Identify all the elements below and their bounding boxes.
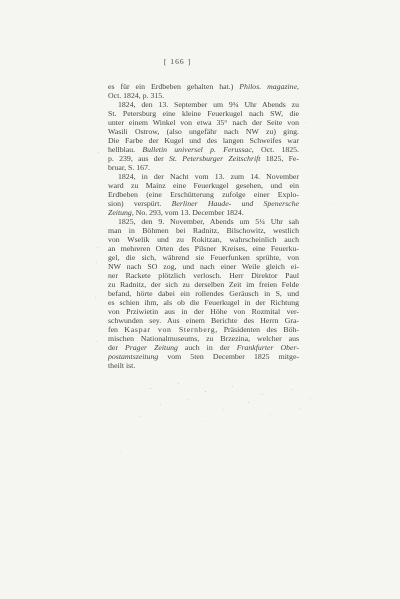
text-segment: 1824, in der Nacht vom 13. zum 14. Novem… [118,172,299,181]
text-segment: , Oct. 1825. [252,145,299,154]
text-segment: der [108,343,125,352]
scan-noise [0,0,1,1]
scanned-page: [ 166 ] es für ein Erdbeben gehalten hat… [0,0,400,599]
text-segment: zu Radnitz, der sich zu derselben Zeit i… [108,280,299,289]
text-line: unter einem Winkel von etwa 35° nach der… [108,118,299,127]
text-line: Erdbeben (eine Erschütterung zufolge ein… [108,190,299,199]
text-line: Wasili Ostrow, (also ungefähr nach NW zu… [108,127,299,136]
text-segment: 1825, den 9. November, Abends um 5¼ Uhr … [118,217,299,226]
text-column: [ 166 ] es für ein Erdbeben gehalten hat… [108,57,299,370]
text-line: der Prager Zeitung auch in der Frankfurt… [108,343,299,352]
text-line: p. 239, aus der St. Petersburger Zeitsch… [108,154,299,163]
text-line: St. Petersburg eine kleine Feuerkugel na… [108,109,299,118]
citation-italic: Frankfurter Ober- [237,343,299,352]
text-line: befand, hörte dabei ein rollendes Geräus… [108,289,299,298]
text-segment: Die Farbe der Kugel und des langen Schwe… [108,136,299,145]
text-line: Oct. 1824, p. 315. [108,91,299,100]
text-segment: befand, hörte dabei ein rollendes Geräus… [108,289,299,298]
text-line: ner Rackete plötzlich verlosch. Herr Dir… [108,271,299,280]
text-line: bruar, S. 167. [108,163,299,172]
text-line: von Prziwietin aus in der Höhe von Rozmi… [108,307,299,316]
text-line: 1824, in der Nacht vom 13. zum 14. Novem… [108,172,299,181]
text-line: Die Farbe der Kugel und des langen Schwe… [108,136,299,145]
citation-italic: Prager Zeitung [125,343,178,352]
text-line: theilt ist. [108,361,299,370]
spaced-name: Kaspar von Sternberg [124,325,215,334]
text-segment: fen [108,325,124,334]
text-segment: es schien ihm, als ob die Feuerkugel in … [108,298,299,307]
text-segment: Wasili Ostrow, (also ungefähr nach NW zu… [108,127,299,136]
citation-italic: St. Petersburger Zeitschrift [169,154,261,163]
citation-italic: Bulletin universel p. Ferussac [142,145,251,154]
text-line: 1825, den 9. November, Abends um 5¼ Uhr … [108,217,299,226]
text-segment: , [297,82,299,91]
text-segment: 1824, den 13. September um 9¾ Uhr Abends… [118,100,299,109]
text-line: von Wselik und zu Rokitzan, wahrscheinli… [108,235,299,244]
text-line: man in Böhmen bei Radnitz, Bilschowitz, … [108,226,299,235]
text-line: postamtszeitung vom 5ten December 1825 m… [108,352,299,361]
text-line: es für ein Erdbeben gehalten hat.) Philo… [108,82,299,91]
page-number-header: [ 166 ] [82,57,273,66]
text-segment: , No. 293, vom 13. December 1824. [132,208,244,217]
text-segment: unter einem Winkel von etwa 35° nach der… [108,118,299,127]
citation-italic: Zeitung [108,208,132,217]
text-segment: schwunden sey. Aus einem Berichte des He… [108,316,299,325]
text-segment: vom 5ten December 1825 mitge- [158,352,299,361]
text-segment: an mehreren Orten des Pilsner Kreises, e… [108,244,299,253]
text-segment: St. Petersburg eine kleine Feuerkugel na… [108,109,299,118]
text-segment: es für ein Erdbeben gehalten hat.) [108,82,239,91]
text-segment: ward zu Mainz eine Feuerkugel gesehen, u… [108,181,299,190]
text-line: Zeitung, No. 293, vom 13. December 1824. [108,208,299,217]
text-segment: hellblau. [108,145,142,154]
text-segment: sion) verspürt. [108,199,172,208]
text-line: hellblau. Bulletin universel p. Ferussac… [108,145,299,154]
text-segment: Erdbeben (eine Erschütterung zufolge ein… [108,190,299,199]
text-line: gel, die sich, während sie Feuerfunken s… [108,253,299,262]
text-segment: 1825, Fe- [260,154,299,163]
text-segment: auch in der [178,343,237,352]
text-segment: man in Böhmen bei Radnitz, Bilschowitz, … [108,226,299,235]
text-segment: , Präsidenten des Böh- [215,325,299,334]
text-segment: von Prziwietin aus in der Höhe von Rozmi… [108,307,299,316]
text-line: 1824, den 13. September um 9¾ Uhr Abends… [108,100,299,109]
text-segment: NW nach SO zog, und nach einer Weile gle… [108,262,299,271]
text-segment: p. 239, aus der [108,154,169,163]
text-line: ward zu Mainz eine Feuerkugel gesehen, u… [108,181,299,190]
text-line: sion) verspürt. Berliner Haude- und Spen… [108,199,299,208]
body-text: es für ein Erdbeben gehalten hat.) Philo… [108,82,299,370]
text-segment: mischen Nationalmuseums, zu Brzezina, we… [108,334,299,343]
text-segment: ner Rackete plötzlich verlosch. Herr Dir… [108,271,299,280]
citation-italic: postamtszeitung [108,352,158,361]
text-line: mischen Nationalmuseums, zu Brzezina, we… [108,334,299,343]
citation-italic: Berliner Haude- und Spenersche [172,199,299,208]
text-segment: von Wselik und zu Rokitzan, wahrscheinli… [108,235,299,244]
text-line: fen Kaspar von Sternberg, Präsidenten de… [108,325,299,334]
text-line: schwunden sey. Aus einem Berichte des He… [108,316,299,325]
text-segment: theilt ist. [108,361,135,370]
text-line: zu Radnitz, der sich zu derselben Zeit i… [108,280,299,289]
text-line: es schien ihm, als ob die Feuerkugel in … [108,298,299,307]
text-line: NW nach SO zog, und nach einer Weile gle… [108,262,299,271]
text-line: an mehreren Orten des Pilsner Kreises, e… [108,244,299,253]
text-segment: bruar, S. 167. [108,163,150,172]
text-segment: Oct. 1824, p. 315. [108,91,164,100]
citation-italic: Philos. magazine [239,82,297,91]
text-segment: gel, die sich, während sie Feuerfunken s… [108,253,299,262]
